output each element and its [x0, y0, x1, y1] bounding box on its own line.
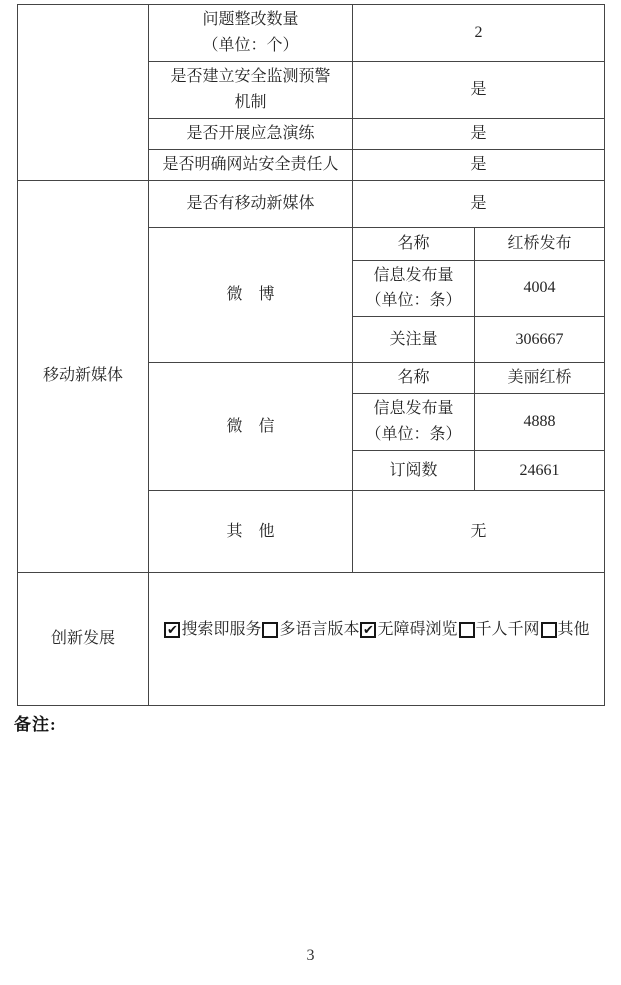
weibo-label-cell: 微 博 — [149, 227, 353, 363]
mobile-media-section-header-cell: 移动新媒体 — [18, 180, 149, 573]
field-value-cell: 是 — [353, 180, 605, 227]
subfield-label: 信息发布量 — [357, 263, 470, 289]
field-label: 机制 — [153, 90, 348, 116]
page-number: 3 — [0, 947, 621, 965]
innovation-option-label: 无障碍浏览 — [377, 617, 457, 643]
subfield-label-cell: 名称 — [353, 363, 475, 394]
innovation-option-label: 其他 — [558, 617, 590, 643]
subfield-label: 信息发布量 — [357, 396, 470, 422]
innovation-option-label: 千人千网 — [476, 617, 540, 643]
checkbox-unchecked-icon — [541, 622, 557, 638]
innovation-option-label: 搜索即服务 — [181, 617, 261, 643]
group-label: 微 博 — [226, 286, 274, 303]
subfield-value-cell: 24661 — [475, 451, 605, 491]
other-media-value-cell: 无 — [353, 491, 605, 573]
subfield-value-cell: 4004 — [475, 260, 605, 317]
subfield-label: （单位：条） — [357, 422, 470, 448]
subfield-value: 美丽红桥 — [507, 369, 571, 386]
field-value: 是 — [470, 195, 486, 212]
field-label: （单位：个） — [153, 33, 348, 59]
field-label-cell: 是否有移动新媒体 — [149, 180, 353, 227]
section-label: 创新发展 — [51, 630, 115, 647]
innovation-options: ✔搜索即服务多语言版本✔无障碍浏览千人千网其他 — [153, 617, 600, 643]
subfield-label: 订阅数 — [357, 458, 470, 484]
field-label: 是否明确网站安全责任人 — [153, 152, 348, 178]
subfield-value-cell: 306667 — [475, 317, 605, 363]
subfield-label: 关注量 — [357, 327, 470, 353]
table-row: 问题整改数量 （单位：个） 2 — [18, 5, 605, 62]
subfield-label: 名称 — [357, 231, 470, 257]
innovation-option-label: 多语言版本 — [279, 617, 359, 643]
notes-label: 备注: — [14, 710, 57, 735]
subfield-label-cell: 关注量 — [353, 317, 475, 363]
subfield-value-cell: 美丽红桥 — [475, 363, 605, 394]
innovation-options-cell: ✔搜索即服务多语言版本✔无障碍浏览千人千网其他 — [149, 573, 605, 706]
subfield-value: 红桥发布 — [507, 235, 571, 252]
section-label: 移动新媒体 — [43, 367, 123, 384]
field-value: 无 — [470, 523, 486, 540]
subfield-value-cell: 4888 — [475, 394, 605, 451]
checkbox-unchecked-icon — [459, 622, 475, 638]
group-label: 微 信 — [226, 418, 274, 435]
subfield-value: 4004 — [524, 279, 556, 296]
subfield-label-cell: 名称 — [353, 227, 475, 260]
checkbox-checked-icon: ✔ — [360, 622, 376, 638]
subfield-value-cell: 红桥发布 — [475, 227, 605, 260]
subfield-label: （单位：条） — [357, 288, 470, 314]
field-label-cell: 问题整改数量 （单位：个） — [149, 5, 353, 62]
field-label: 是否开展应急演练 — [153, 121, 348, 147]
field-value: 是 — [470, 125, 486, 142]
subfield-label-cell: 信息发布量 （单位：条） — [353, 260, 475, 317]
field-value: 是 — [470, 156, 486, 173]
checkbox-checked-icon: ✔ — [164, 622, 180, 638]
report-page: 问题整改数量 （单位：个） 2 是否建立安全监测预警 机制 是 是否开展应急演练 — [0, 0, 621, 985]
field-value-cell: 2 — [353, 5, 605, 62]
subfield-value: 306667 — [516, 331, 564, 348]
subfield-label: 名称 — [357, 365, 470, 391]
field-label-cell: 是否开展应急演练 — [149, 118, 353, 149]
field-label-cell: 是否明确网站安全责任人 — [149, 149, 353, 180]
field-value-cell: 是 — [353, 61, 605, 118]
field-value-cell: 是 — [353, 118, 605, 149]
section1-header-cell — [18, 5, 149, 181]
table-row: 创新发展 ✔搜索即服务多语言版本✔无障碍浏览千人千网其他 — [18, 573, 605, 706]
table-row: 移动新媒体 是否有移动新媒体 是 — [18, 180, 605, 227]
subfield-value: 24661 — [520, 462, 560, 479]
innovation-section-header-cell: 创新发展 — [18, 573, 149, 706]
subfield-value: 4888 — [524, 413, 556, 430]
group-label: 其 他 — [226, 523, 274, 540]
field-value: 2 — [475, 24, 483, 41]
subfield-label-cell: 订阅数 — [353, 451, 475, 491]
annual-report-table: 问题整改数量 （单位：个） 2 是否建立安全监测预警 机制 是 是否开展应急演练 — [17, 4, 605, 706]
field-label: 问题整改数量 — [153, 7, 348, 33]
field-value-cell: 是 — [353, 149, 605, 180]
field-value: 是 — [470, 81, 486, 98]
wechat-label-cell: 微 信 — [149, 363, 353, 491]
field-label: 是否有移动新媒体 — [186, 195, 314, 212]
checkbox-unchecked-icon — [262, 622, 278, 638]
field-label: 是否建立安全监测预警 — [153, 64, 348, 90]
subfield-label-cell: 信息发布量 （单位：条） — [353, 394, 475, 451]
field-label-cell: 是否建立安全监测预警 机制 — [149, 61, 353, 118]
other-media-label-cell: 其 他 — [149, 491, 353, 573]
